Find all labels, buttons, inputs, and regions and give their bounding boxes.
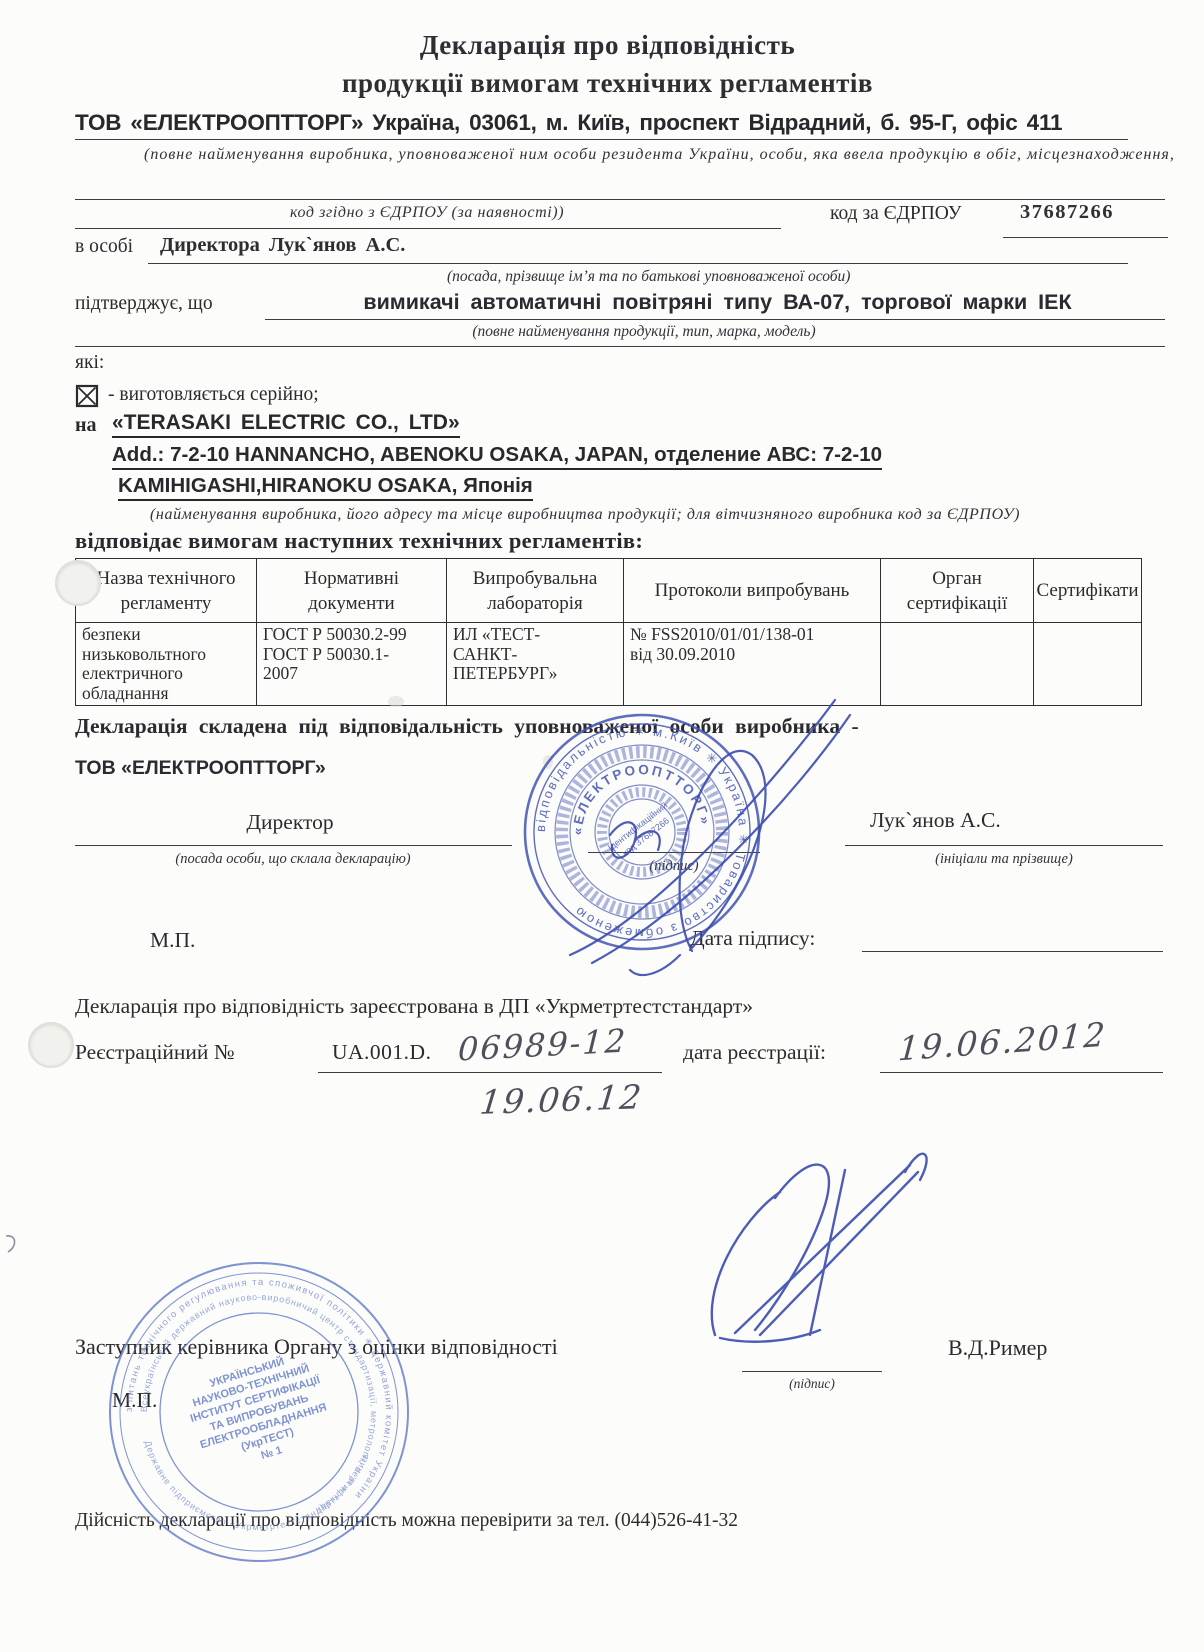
rule-edrpou-top [75, 199, 1165, 200]
rule-position [75, 845, 512, 846]
institute-ring-bottom-text: Державне підприємство «Укрметртестстанда… [143, 1439, 371, 1532]
signer-position: Директор [190, 810, 390, 835]
serial-production-text: - виготовляється серійно; [108, 384, 319, 406]
deputy-signature-caption: (підпис) [742, 1376, 882, 1392]
responsibility-line2: ТОВ «ЕЛЕКТРООПТТОРГ» [75, 757, 326, 780]
table-header-normative-docs: Нормативні документи [257, 559, 447, 623]
rule-full-under-product [75, 346, 1165, 347]
table-header-regulation: Назва технічного регламенту [76, 559, 257, 623]
page-title-line1: Декларація про відповідність [75, 30, 1140, 61]
rule-deputy-signature [742, 1371, 882, 1372]
punch-hole [55, 560, 101, 606]
confirms-label: підтверджує, що [75, 293, 213, 315]
rule-under-product [265, 319, 1165, 320]
mp-label: М.П. [150, 928, 195, 953]
pen-mark [2, 1230, 26, 1260]
rule-registration-number [318, 1072, 662, 1073]
manufacturer-line: ТОВ «ЕЛЕКТРООПТТОРГ» Україна, 03061, м. … [75, 110, 1062, 136]
table-header-cert-body: Орган сертифікації [881, 559, 1034, 623]
table-header-test-lab: Випробувальна лабораторія [447, 559, 624, 623]
na-label: на [75, 414, 97, 437]
in-person-value: Директора Лук`янов А.С. [160, 234, 405, 257]
which-label: які: [75, 352, 104, 374]
rule-under-edrpou-code [1003, 237, 1168, 238]
registration-number-prefix: UA.001.D. [332, 1040, 431, 1065]
producer-caption: (найменування виробника, його адресу та … [150, 506, 1020, 524]
manufacturer-caption: (повне найменування виробника, уповноваж… [144, 146, 1175, 164]
registration-number-label: Реєстраційний № [75, 1040, 234, 1065]
checkbox-checked-icon [75, 384, 99, 408]
svg-text:Державне підприємство «Укрметр: Державне підприємство «Укрметртестстанда… [143, 1439, 371, 1532]
edrpou-caption: код згідно з ЄДРПОУ (за наявності)) [290, 204, 564, 222]
edrpou-code-value: 37687266 [1020, 201, 1114, 224]
table-header-test-protocols: Протоколи випробувань [624, 559, 881, 623]
deputy-name: В.Д.Ример [948, 1335, 1047, 1361]
scan-smudge [388, 696, 404, 707]
regulations-heading: відповідає вимогам наступних технічних р… [75, 528, 643, 554]
person-caption: (посада, прізвище ім’я та по батькові уп… [447, 268, 850, 286]
registration-date-label: дата реєстрації: [683, 1040, 826, 1065]
position-caption: (посада особи, що склала декларацію) [143, 851, 443, 868]
producer-address-line2: KAMIHIGASHI,HIRANOKU OSAKA, Японія [118, 474, 533, 501]
rule-registration-date [880, 1072, 1163, 1073]
producer-name-line: «TERASAKI ELECTRIC CO., LTD» [112, 411, 460, 438]
declaration-document: Декларація про відповідність продукції в… [0, 0, 1204, 1652]
deputy-signature [660, 1130, 960, 1360]
rule-under-manufacturer [75, 139, 1128, 140]
edrpou-label: код за ЄДРПОУ [830, 203, 962, 225]
page-title-line2: продукції вимогам технічних регламентів [75, 68, 1140, 99]
table-cell-regulation: безпеки низьковольтного електричного обл… [76, 623, 257, 706]
product-caption: (повне найменування продукції, тип, марк… [394, 323, 894, 341]
director-signature [540, 655, 1060, 985]
product-name: вимикачі автоматичні повітряні типу ВА-0… [285, 290, 1150, 315]
registered-line: Декларація про відповідність зареєстрова… [75, 994, 753, 1019]
registration-date-handwritten: 19.06.2012 [897, 1015, 1108, 1069]
date-handwritten-second: 19.06.12 [478, 1077, 645, 1122]
institute-round-stamp: з питань технічного регулювання та спожи… [98, 1252, 420, 1574]
rule-under-person [148, 263, 1128, 264]
in-person-label: в особі [75, 236, 133, 258]
rule-edrpou-bottom [75, 228, 781, 229]
producer-address-line1: Add.: 7-2-10 HANNANCHO, ABENOKU OSAKA, J… [112, 443, 882, 470]
table-header-certificates: Сертифікати [1034, 559, 1142, 623]
table-cell-normative-docs: ГОСТ Р 50030.2-99 ГОСТ Р 50030.1- 2007 [257, 623, 447, 706]
punch-hole [28, 1022, 74, 1068]
registration-number-handwritten: 06989-12 [457, 1021, 628, 1068]
